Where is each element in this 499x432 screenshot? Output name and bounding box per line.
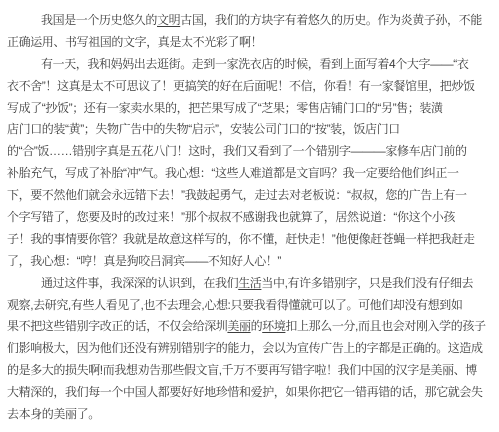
- text-segment: 个字写错了，您要及时的改过来！”那个叔叔不感谢我也就算了，居然说道：“你这个小孩: [7, 210, 455, 224]
- text-segment: 扣上那么一分,而且也会对刚入学的孩子: [285, 319, 485, 333]
- text-segment: 正确运用、书写祖国的文字，真是太不光彩了啊！: [7, 35, 262, 49]
- text-line: 有一天，我和妈妈出去逛街。走到一家洗衣店的时候，看到上面写着4个大字——“衣: [7, 54, 495, 76]
- underlined-text: 美丽: [227, 319, 250, 333]
- text-segment: 下，要不然他们就会永远错下去！”我鼓起勇气，走过去对老板说：“叔叔，您的广告上有…: [7, 188, 467, 202]
- text-line: 们影响极大，因为他们还没有辨别错别字的能力，会以为宣传广告上的字都是正确的。这造…: [7, 338, 495, 360]
- text-line: 通过这件事，我深深的认识到，在我们生活当中,有许多错别字，只是我们没有仔细去: [7, 273, 495, 295]
- text-segment: 我国是一个历史悠久的: [41, 13, 157, 27]
- text-line: 大精深的，我们每一个中国人都要好好地珍惜和爱护，如果你把它一错再错的话，那它就会…: [7, 382, 495, 404]
- text-line: 子！我的事情要你管？我就是故意这样写的，你不懂，赶快走！”他便像赶苍蝇一样把我赶…: [7, 229, 495, 251]
- text-segment: 们影响极大，因为他们还没有辨别错别字的能力，会以为宣传广告上的字都是正确的。这造…: [7, 341, 483, 355]
- text-segment: 有一天，我和妈妈出去逛街。走到一家洗衣店的时候，看到上面写着4个大字——“衣: [41, 57, 468, 71]
- text-line: 补胎充气，写成了补胎“冲”气。我心想：“这些人难道都是文盲吗？我一定要给他们纠正…: [7, 163, 495, 185]
- text-line: 观察,去研究,有些人看见了,也不去理会,心想:只要我看得懂就可以了。可他们却没有…: [7, 295, 495, 317]
- text-line: 了，我心想：“哼！真是狗咬吕洞宾——不知好人心！”: [7, 251, 495, 273]
- text-segment: 去本身的美丽了。: [7, 407, 100, 421]
- text-segment: 的: [251, 319, 263, 333]
- text-line: 写成了“抄饭”；还有一家卖水果的，把芒果写成了“芝果；零售店铺门口的“另”售；装…: [7, 98, 495, 120]
- underlined-text: 环境: [262, 319, 285, 333]
- underlined-text: 文明: [157, 13, 180, 27]
- text-line: 的是多大的损失啊!而我想劝告那些假文盲,千万不要再写错字啦！我们中国的汉字是美丽…: [7, 360, 495, 382]
- text-segment: 果不把这些错别字改正的话，不仅会给深圳: [7, 319, 227, 333]
- text-segment: 店门口的装“黄”；失物广告中的失物“启示”，安装公司门口的“按”装，饭店门口: [7, 122, 400, 136]
- text-segment: 观察,去研究,有些人看见了,也不去理会,心想:只要我看得懂就可以了。可他们却没有…: [7, 298, 462, 312]
- text-line: 个字写错了，您要及时的改过来！”那个叔叔不感谢我也就算了，居然说道：“你这个小孩: [7, 207, 495, 229]
- text-line: 的“合”饭……错别字真是五花八门！这时，我们又看到了一个错别字———家修车店门前…: [7, 141, 495, 163]
- text-line: 去本身的美丽了。: [7, 404, 495, 426]
- text-segment: 子！我的事情要你管？我就是故意这样写的，你不懂，赶快走！”他便像赶苍蝇一样把我赶…: [7, 232, 475, 246]
- text-segment: 古国，我们的方块字有着悠久的历史。作为炎黄子孙，不能: [180, 13, 482, 27]
- text-segment: 补胎充气，写成了补胎“冲”气。我心想：“这些人难道都是文盲吗？我一定要给他们纠正…: [7, 166, 459, 180]
- text-segment: 写成了“抄饭”；还有一家卖水果的，把芒果写成了“芝果；零售店铺门口的“另”售；装…: [7, 101, 443, 115]
- underlined-text: 生活: [238, 276, 261, 290]
- text-segment: 大精深的，我们每一个中国人都要好好地珍惜和爱护，如果你把它一错再错的话，那它就会…: [7, 385, 483, 399]
- text-segment: 的是多大的损失啊!而我想劝告那些假文盲,千万不要再写错字啦！我们中国的汉字是美丽…: [7, 363, 477, 377]
- text-line: 下，要不然他们就会永远错下去！”我鼓起勇气，走过去对老板说：“叔叔，您的广告上有…: [7, 185, 495, 207]
- text-line: 正确运用、书写祖国的文字，真是太不光彩了啊！: [7, 32, 495, 54]
- text-line: 我国是一个历史悠久的文明古国，我们的方块字有着悠久的历史。作为炎黄子孙，不能: [7, 10, 495, 32]
- document-page: 我国是一个历史悠久的文明古国，我们的方块字有着悠久的历史。作为炎黄子孙，不能正确…: [0, 0, 499, 432]
- text-segment: 通过这件事，我深深的认识到，在我们: [41, 276, 238, 290]
- text-line: 店门口的装“黄”；失物广告中的失物“启示”，安装公司门口的“按”装，饭店门口: [7, 119, 495, 141]
- text-line: 衣不舍”！这真是太不可思议了！更搞笑的好在后面呢！不信，你看！有一家餐馆里，把炒…: [7, 76, 495, 98]
- text-segment: 了，我心想：“哼！真是狗咬吕洞宾——不知好人心！”: [7, 254, 281, 268]
- text-segment: 衣不舍”！这真是太不可思议了！更搞笑的好在后面呢！不信，你看！有一家餐馆里，把炒…: [7, 79, 475, 93]
- text-segment: 的“合”饭……错别字真是五花八门！这时，我们又看到了一个错别字———家修车店门前…: [7, 144, 467, 158]
- text-segment: 当中,有许多错别字，只是我们没有仔细去: [261, 276, 473, 290]
- text-line: 果不把这些错别字改正的话，不仅会给深圳美丽的环境扣上那么一分,而且也会对刚入学的…: [7, 316, 495, 338]
